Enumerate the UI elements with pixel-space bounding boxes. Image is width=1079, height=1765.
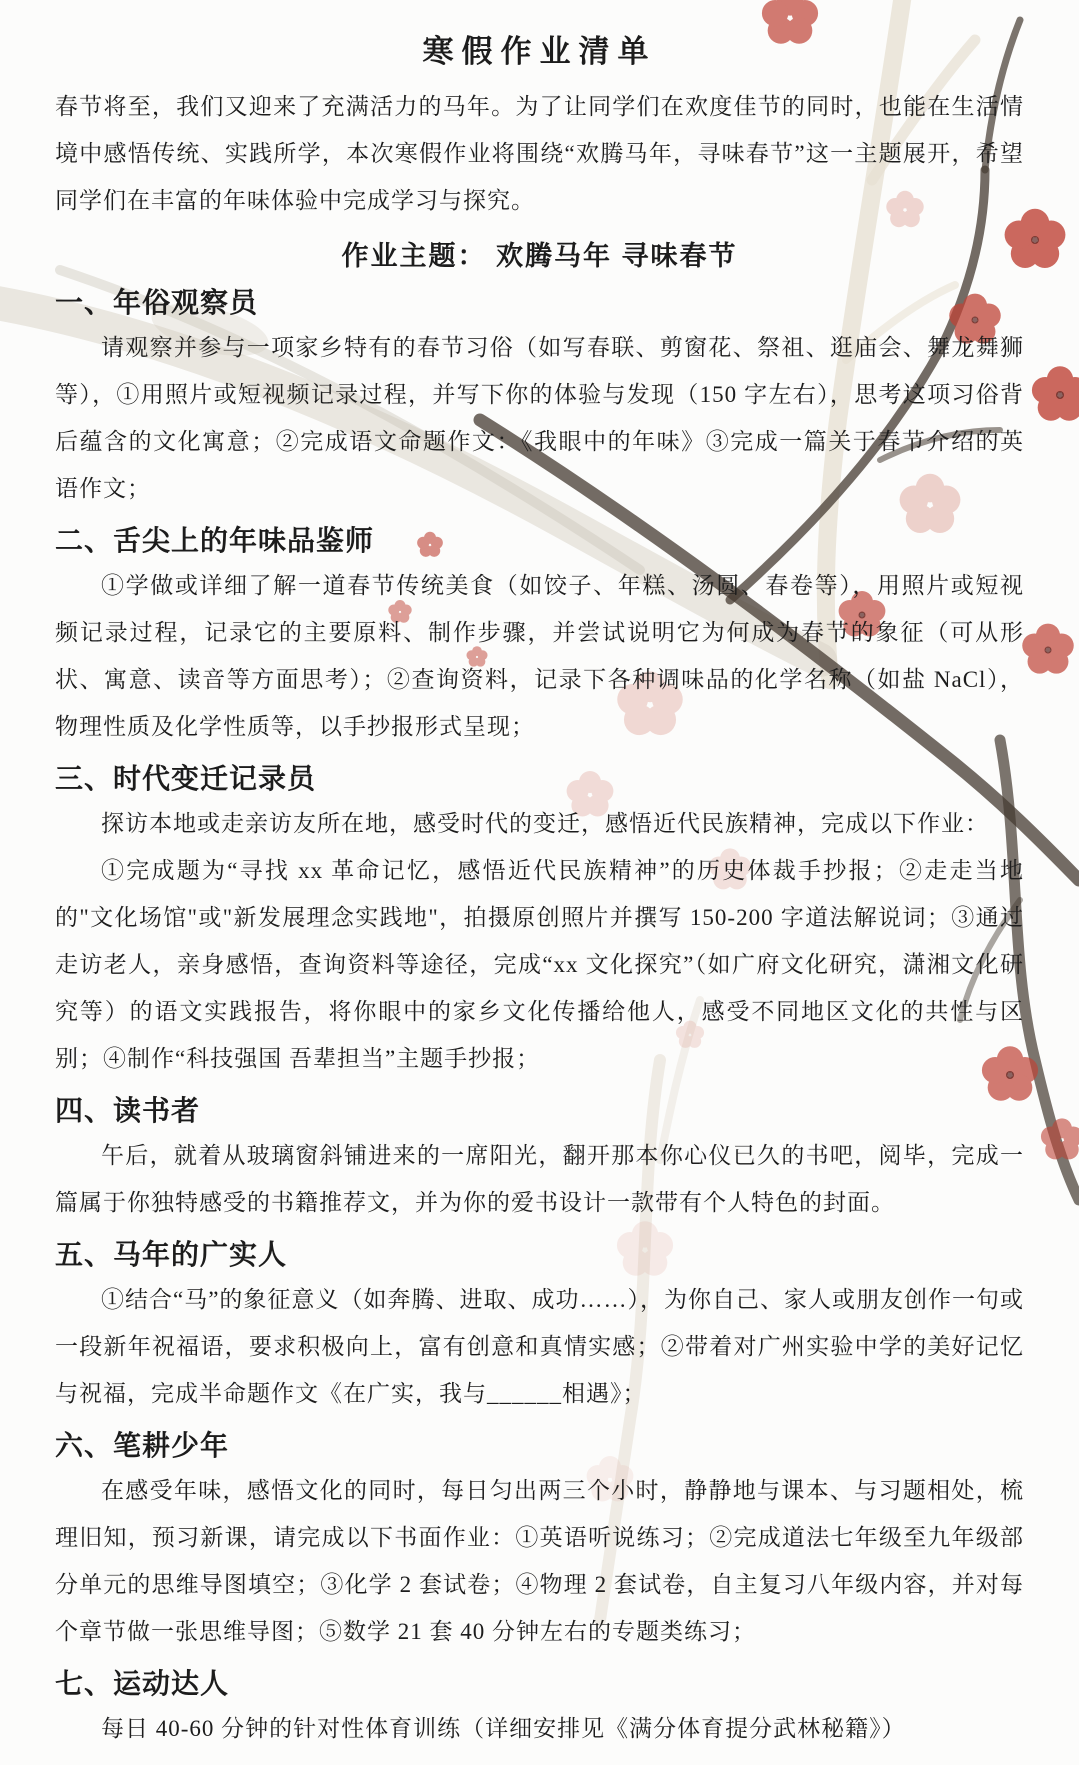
section-2: 二、舌尖上的年味品鉴师 ①学做或详细了解一道春节传统美食（如饺子、年糕、汤圆、春… <box>55 519 1024 750</box>
section-3-paragraph-1: 探访本地或走亲访友所在地，感受时代的变迁，感悟近代民族精神，完成以下作业： <box>55 800 1024 847</box>
page-title: 寒假作业清单 <box>55 26 1024 71</box>
section-7-heading: 七、运动达人 <box>55 1662 1024 1702</box>
section-1: 一、年俗观察员 请观察并参与一项家乡特有的春节习俗（如写春联、剪窗花、祭祖、逛庙… <box>55 281 1024 512</box>
section-3: 三、时代变迁记录员 探访本地或走亲访友所在地，感受时代的变迁，感悟近代民族精神，… <box>55 757 1024 1082</box>
document-content: 寒假作业清单 春节将至，我们又迎来了充满活力的马年。为了让同学们在欢度佳节的同时… <box>0 0 1079 1765</box>
section-5: 五、马年的广实人 ①结合“马”的象征意义（如奔腾、进取、成功……），为你自己、家… <box>55 1233 1024 1417</box>
section-1-paragraph: 请观察并参与一项家乡特有的春节习俗（如写春联、剪窗花、祭祖、逛庙会、舞龙舞狮等）… <box>55 324 1024 512</box>
section-7-paragraph: 每日 40-60 分钟的针对性体育训练（详细安排见《满分体育提分武林秘籍》） <box>55 1705 1024 1752</box>
section-5-heading: 五、马年的广实人 <box>55 1233 1024 1273</box>
section-6: 六、笔耕少年 在感受年味，感悟文化的同时，每日匀出两三个小时，静静地与课本、与习… <box>55 1424 1024 1655</box>
section-4-heading: 四、读书者 <box>55 1089 1024 1129</box>
document-page: 寒假作业清单 春节将至，我们又迎来了充满活力的马年。为了让同学们在欢度佳节的同时… <box>0 0 1079 1765</box>
section-6-heading: 六、笔耕少年 <box>55 1424 1024 1464</box>
section-5-paragraph: ①结合“马”的象征意义（如奔腾、进取、成功……），为你自己、家人或朋友创作一句或… <box>55 1276 1024 1417</box>
section-4-paragraph: 午后，就着从玻璃窗斜铺进来的一席阳光，翻开那本你心仪已久的书吧，阅毕，完成一篇属… <box>55 1132 1024 1226</box>
section-3-paragraph-2: ①完成题为“寻找 xx 革命记忆，感悟近代民族精神”的历史体裁手抄报；②走走当地… <box>55 847 1024 1082</box>
section-7: 七、运动达人 每日 40-60 分钟的针对性体育训练（详细安排见《满分体育提分武… <box>55 1662 1024 1752</box>
section-2-heading: 二、舌尖上的年味品鉴师 <box>55 519 1024 559</box>
section-4: 四、读书者 午后，就着从玻璃窗斜铺进来的一席阳光，翻开那本你心仪已久的书吧，阅毕… <box>55 1089 1024 1226</box>
section-2-paragraph: ①学做或详细了解一道春节传统美食（如饺子、年糕、汤圆、春卷等），用照片或短视频记… <box>55 562 1024 750</box>
intro-paragraph: 春节将至，我们又迎来了充满活力的马年。为了让同学们在欢度佳节的同时，也能在生活情… <box>55 83 1024 224</box>
section-6-paragraph: 在感受年味，感悟文化的同时，每日匀出两三个小时，静静地与课本、与习题相处，梳理旧… <box>55 1467 1024 1655</box>
homework-theme-subtitle: 作业主题： 欢腾马年 寻味春节 <box>55 234 1024 273</box>
section-1-heading: 一、年俗观察员 <box>55 281 1024 321</box>
section-3-heading: 三、时代变迁记录员 <box>55 757 1024 797</box>
